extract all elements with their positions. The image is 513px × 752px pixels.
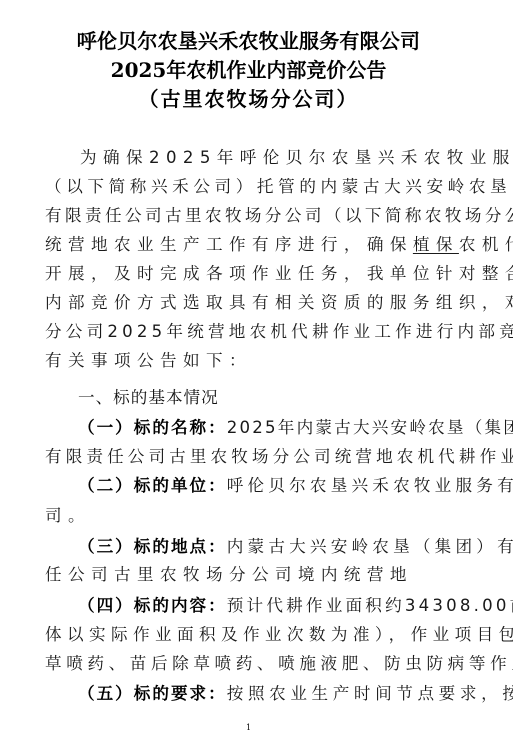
item-continuation: 有限责任公司古里农牧场分公司统营地农机代耕作业 — [45, 446, 455, 468]
item-label: （二）标的单位： — [78, 476, 227, 495]
section-heading: 一、标的基本情况 — [78, 387, 488, 409]
page-number: 1 — [0, 723, 497, 732]
intro-line: 分公司2025年统营地农机代耕作业工作进行内部竞价,现将 — [45, 321, 455, 343]
intro-text-after: 农机代耕作业正常 — [459, 235, 513, 254]
item-label: （一）标的名称： — [78, 418, 227, 437]
item-value: 预计代耕作业面积约34308.00亩（具 — [227, 596, 513, 615]
intro-line: （以下简称兴禾公司）托管的内蒙古大兴安岭农垦（集团） — [45, 176, 455, 198]
item-continuation: 体以实际作业面积及作业次数为准），作业项目包括苗前除 — [45, 624, 455, 646]
item-location: （三）标的地点：内蒙古大兴安岭农垦（集团）有限责 — [78, 536, 488, 558]
item-content: （四）标的内容：预计代耕作业面积约34308.00亩（具 — [78, 595, 488, 617]
item-label: （三）标的地点： — [78, 537, 227, 556]
intro-line: 内部竞价方式选取具有相关资质的服务组织，对古里农牧场 — [45, 292, 455, 314]
item-continuation: 司。 — [45, 505, 455, 527]
title-line-announcement: 2025年农机作业内部竞价公告 — [0, 56, 497, 85]
title-line-company: 呼伦贝尔农垦兴禾农牧业服务有限公司 — [0, 27, 497, 56]
title-line-branch: （古里农牧场分公司） — [0, 85, 497, 114]
item-continuation: 任公司古里农牧场分公司境内统营地 — [45, 564, 455, 586]
intro-line: 有关事项公告如下： — [45, 350, 455, 372]
item-name: （一）标的名称：2025年内蒙古大兴安岭农垦（集团） — [78, 417, 488, 439]
intro-line: 开展，及时完成各项作业任务，我单位针对整合机车拟采取 — [45, 263, 455, 285]
document-page: 呼伦贝尔农垦兴禾农牧业服务有限公司 2025年农机作业内部竞价公告 （古里农牧场… — [0, 0, 513, 752]
item-label: （四）标的内容： — [78, 596, 227, 615]
item-value: 呼伦贝尔农垦兴禾农牧业服务有限公 — [227, 476, 513, 495]
underlined-term: 植保 — [413, 235, 459, 254]
item-value: 按照农业生产时间节点要求，按时完 — [227, 684, 513, 703]
intro-line: 为确保2025年呼伦贝尔农垦兴禾农牧业服务有限公司 — [80, 147, 490, 169]
intro-line: 统营地农业生产工作有序进行，确保植保农机代耕作业正常 — [45, 234, 455, 256]
intro-line: 有限责任公司古里农牧场分公司（以下简称农牧场分公司） — [45, 205, 455, 227]
item-continuation: 草喷药、苗后除草喷药、喷施液肥、防虫防病等作业项目。 — [45, 653, 455, 675]
item-value: 2025年内蒙古大兴安岭农垦（集团） — [227, 418, 513, 437]
item-label: （五）标的要求： — [78, 684, 227, 703]
item-unit: （二）标的单位：呼伦贝尔农垦兴禾农牧业服务有限公 — [78, 475, 488, 497]
item-requirement: （五）标的要求：按照农业生产时间节点要求，按时完 — [78, 683, 488, 705]
intro-text-before: 统营地农业生产工作有序进行，确保 — [45, 235, 413, 254]
item-value: 内蒙古大兴安岭农垦（集团）有限责 — [227, 537, 513, 556]
